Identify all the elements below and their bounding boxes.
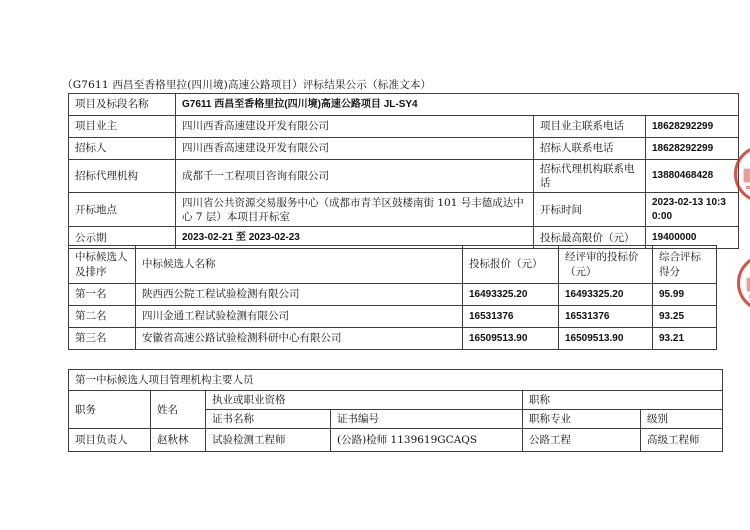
candidates-table: 中标候选人及排序 中标候选人名称 投标报价（元） 经评审的投标价（元） 综合评标… — [68, 245, 717, 350]
info-table-body: 项目及标段名称G7611 西昌至香格里拉(四川境)高速公路项目 JL-SY4项目… — [69, 94, 739, 249]
personnel-title-row: 第一中标候选人项目管理机构主要人员 — [69, 370, 723, 391]
header-score: 综合评标得分 — [653, 246, 717, 284]
person-title-major: 公路工程 — [523, 429, 641, 452]
candidate-row: 第三名安徽省高速公路试验检测科研中心有限公司16509513.901650951… — [69, 328, 717, 350]
header-evaluated-price: 经评审的投标价（元） — [559, 246, 653, 284]
info-value: 四川省公共资源交易服务中心（成都市青羊区鼓楼南街 101 号丰德成达中心 7 层… — [176, 193, 534, 227]
info-row: 项目及标段名称G7611 西昌至香格里拉(四川境)高速公路项目 JL-SY4 — [69, 94, 739, 116]
info-value-2: 18628292299 — [646, 138, 739, 160]
header-person-name: 姓名 — [151, 391, 206, 429]
header-bid-price: 投标报价（元） — [463, 246, 559, 284]
candidate-row: 第一名陕西西公院工程试验检测有限公司16493325.2016493325.20… — [69, 284, 717, 306]
info-label: 项目业主 — [69, 116, 176, 138]
personnel-table-title: 第一中标候选人项目管理机构主要人员 — [69, 370, 723, 391]
candidate-evaluated-price: 16493325.20 — [559, 284, 653, 306]
header-position: 职务 — [69, 391, 151, 429]
header-rank: 中标候选人及排序 — [69, 246, 136, 284]
announcement-page: （G7611 西昌至香格里拉(四川境)高速公路项目）评标结果公示（标准文本） 项… — [0, 0, 750, 530]
person-title-level: 高级工程师 — [641, 429, 723, 452]
person-position: 项目负责人 — [69, 429, 151, 452]
candidate-score: 95.99 — [653, 284, 717, 306]
page-title: （G7611 西昌至香格里拉(四川境)高速公路项目）评标结果公示（标准文本） — [62, 77, 431, 92]
info-value: 四川西香高速建设开发有限公司 — [176, 116, 534, 138]
info-row: 开标地点四川省公共资源交易服务中心（成都市青羊区鼓楼南街 101 号丰德成达中心… — [69, 193, 739, 227]
info-label-2: 招标人联系电话 — [534, 138, 646, 160]
person-name: 赵秋林 — [151, 429, 206, 452]
person-cert-name: 试验检测工程师 — [206, 429, 331, 452]
info-row: 项目业主四川西香高速建设开发有限公司项目业主联系电话18628292299 — [69, 116, 739, 138]
candidate-name: 陕西西公院工程试验检测有限公司 — [136, 284, 463, 306]
candidate-rank: 第三名 — [69, 328, 136, 350]
candidates-table-body: 第一名陕西西公院工程试验检测有限公司16493325.2016493325.20… — [69, 284, 717, 350]
header-qualification-group: 执业或职业资格 — [206, 391, 523, 410]
candidate-score: 93.21 — [653, 328, 717, 350]
info-label-2: 招标代理机构联系电话 — [534, 160, 646, 193]
info-value-2: 13880468428 — [646, 160, 739, 193]
header-title-level: 级别 — [641, 410, 723, 429]
info-value: 成都千一工程项目咨询有限公司 — [176, 160, 534, 193]
header-cert-name: 证书名称 — [206, 410, 331, 429]
info-label-2: 项目业主联系电话 — [534, 116, 646, 138]
header-candidate-name: 中标候选人名称 — [136, 246, 463, 284]
header-title-major: 职称专业 — [523, 410, 641, 429]
personnel-table: 第一中标候选人项目管理机构主要人员 职务 姓名 执业或职业资格 职称 证书名称 … — [68, 369, 723, 452]
candidate-bid-price: 16509513.90 — [463, 328, 559, 350]
candidate-rank: 第二名 — [69, 306, 136, 328]
info-value-2: 2023-02-13 10:30:00 — [646, 193, 739, 227]
project-info-table: 项目及标段名称G7611 西昌至香格里拉(四川境)高速公路项目 JL-SY4项目… — [68, 93, 739, 249]
candidate-score: 93.25 — [653, 306, 717, 328]
info-row: 招标代理机构成都千一工程项目咨询有限公司招标代理机构联系电话1388046842… — [69, 160, 739, 193]
info-label: 项目及标段名称 — [69, 94, 176, 116]
person-cert-no: (公路)检师 1139619GCAQS — [331, 429, 523, 452]
info-row: 招标人四川西香高速建设开发有限公司招标人联系电话18628292299 — [69, 138, 739, 160]
candidate-bid-price: 16493325.20 — [463, 284, 559, 306]
candidates-header-row: 中标候选人及排序 中标候选人名称 投标报价（元） 经评审的投标价（元） 综合评标… — [69, 246, 717, 284]
candidate-rank: 第一名 — [69, 284, 136, 306]
info-label-2: 开标时间 — [534, 193, 646, 227]
header-title-group: 职称 — [523, 391, 723, 410]
info-label: 招标代理机构 — [69, 160, 176, 193]
candidate-evaluated-price: 16509513.90 — [559, 328, 653, 350]
info-label: 开标地点 — [69, 193, 176, 227]
candidate-name: 四川金通工程试验检测有限公司 — [136, 306, 463, 328]
red-seal-stamp — [737, 254, 750, 312]
personnel-row: 项目负责人赵秋林试验检测工程师(公路)检师 1139619GCAQS公路工程高级… — [69, 429, 723, 452]
header-cert-no: 证书编号 — [331, 410, 523, 429]
candidate-evaluated-price: 16531376 — [559, 306, 653, 328]
candidate-name: 安徽省高速公路试验检测科研中心有限公司 — [136, 328, 463, 350]
candidate-bid-price: 16531376 — [463, 306, 559, 328]
candidate-row: 第二名四川金通工程试验检测有限公司165313761653137693.25 — [69, 306, 717, 328]
info-value-2: 18628292299 — [646, 116, 739, 138]
info-value: G7611 西昌至香格里拉(四川境)高速公路项目 JL-SY4 — [176, 94, 739, 116]
personnel-table-body: 项目负责人赵秋林试验检测工程师(公路)检师 1139619GCAQS公路工程高级… — [69, 429, 723, 452]
info-label: 招标人 — [69, 138, 176, 160]
personnel-header-group-row: 职务 姓名 执业或职业资格 职称 — [69, 391, 723, 410]
info-value: 四川西香高速建设开发有限公司 — [176, 138, 534, 160]
